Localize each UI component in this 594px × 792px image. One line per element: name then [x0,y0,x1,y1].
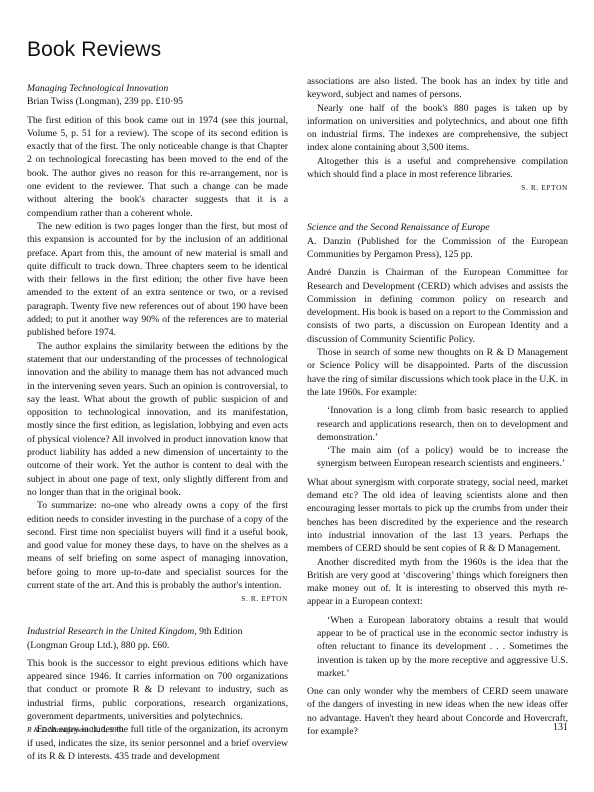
review-paragraph: André Danzin is Chairman of the European… [307,266,568,346]
section-heading: Book Reviews [27,37,161,63]
review-paragraph: The first edition of this book came out … [27,114,288,220]
review-header: Managing Technological Innovation Brian … [27,82,288,109]
book-publication-info: A. Danzin (Published for the Commission … [307,235,568,262]
reviewer-signature: S. R. EPTON [27,593,288,605]
review-paragraph: The author explains the similarity betwe… [27,340,288,500]
review-paragraph: To summarize: no-one who already owns a … [27,499,288,592]
review-paragraph: What about synergism with corporate stra… [307,476,568,556]
quote-paragraph: ‘The main aim (of a policy) would be to … [317,444,568,471]
journal-issue: 11, 3, 1981 [88,725,124,734]
review-paragraph: Those in search of some new thoughts on … [307,346,568,399]
journal-name: R & D Management [27,725,88,734]
review-paragraph: Altogether this is a useful and comprehe… [307,155,568,182]
review-header: Industrial Research in the United Kingdo… [27,625,288,652]
review-header: Science and the Second Renaissance of Eu… [307,221,568,261]
left-column: Managing Technological Innovation Brian … [27,82,288,763]
book-title: Managing Technological Innovation [27,82,288,95]
journal-page: Book Reviews Managing Technological Inno… [0,0,594,792]
review-industrial-research-uk: Industrial Research in the United Kingdo… [27,625,288,763]
review-paragraph-continued: associations are also listed. The book h… [307,75,568,102]
block-quote: ‘When a European laboratory obtains a re… [317,614,568,680]
right-column: associations are also listed. The book h… [307,75,568,738]
reviewer-signature: S. R. EPTON [307,182,568,194]
review-managing-technological-innovation: Managing Technological Innovation Brian … [27,82,288,605]
quote-paragraph: ‘Innovation is a long climb from basic r… [317,404,568,444]
block-quote: ‘Innovation is a long climb from basic r… [317,404,568,470]
review-science-second-renaissance: Science and the Second Renaissance of Eu… [307,221,568,738]
spacer [307,194,568,221]
book-edition: , 9th Edition [194,626,242,637]
review-paragraph: This book is the successor to eight prev… [27,657,288,723]
review-paragraph: Another discredited myth from the 1960s … [307,556,568,609]
page-number: 131 [546,722,568,733]
review-paragraph: The new edition is two pages longer than… [27,220,288,340]
book-publication-info: (Longman Group Ltd.), 880 pp. £60. [27,639,288,652]
quote-paragraph: ‘When a European laboratory obtains a re… [317,614,568,680]
book-title: Industrial Research in the United Kingdo… [27,626,194,637]
book-title: Science and the Second Renaissance of Eu… [307,221,568,234]
review-paragraph: One can only wonder why the members of C… [307,685,568,738]
book-publication-info: Brian Twiss (Longman), 239 pp. £10·95 [27,95,288,108]
spacer [27,605,288,625]
running-footer: R & D Management 11, 3, 1981 [27,725,124,734]
review-paragraph: Nearly one half of the book's 880 pages … [307,102,568,155]
